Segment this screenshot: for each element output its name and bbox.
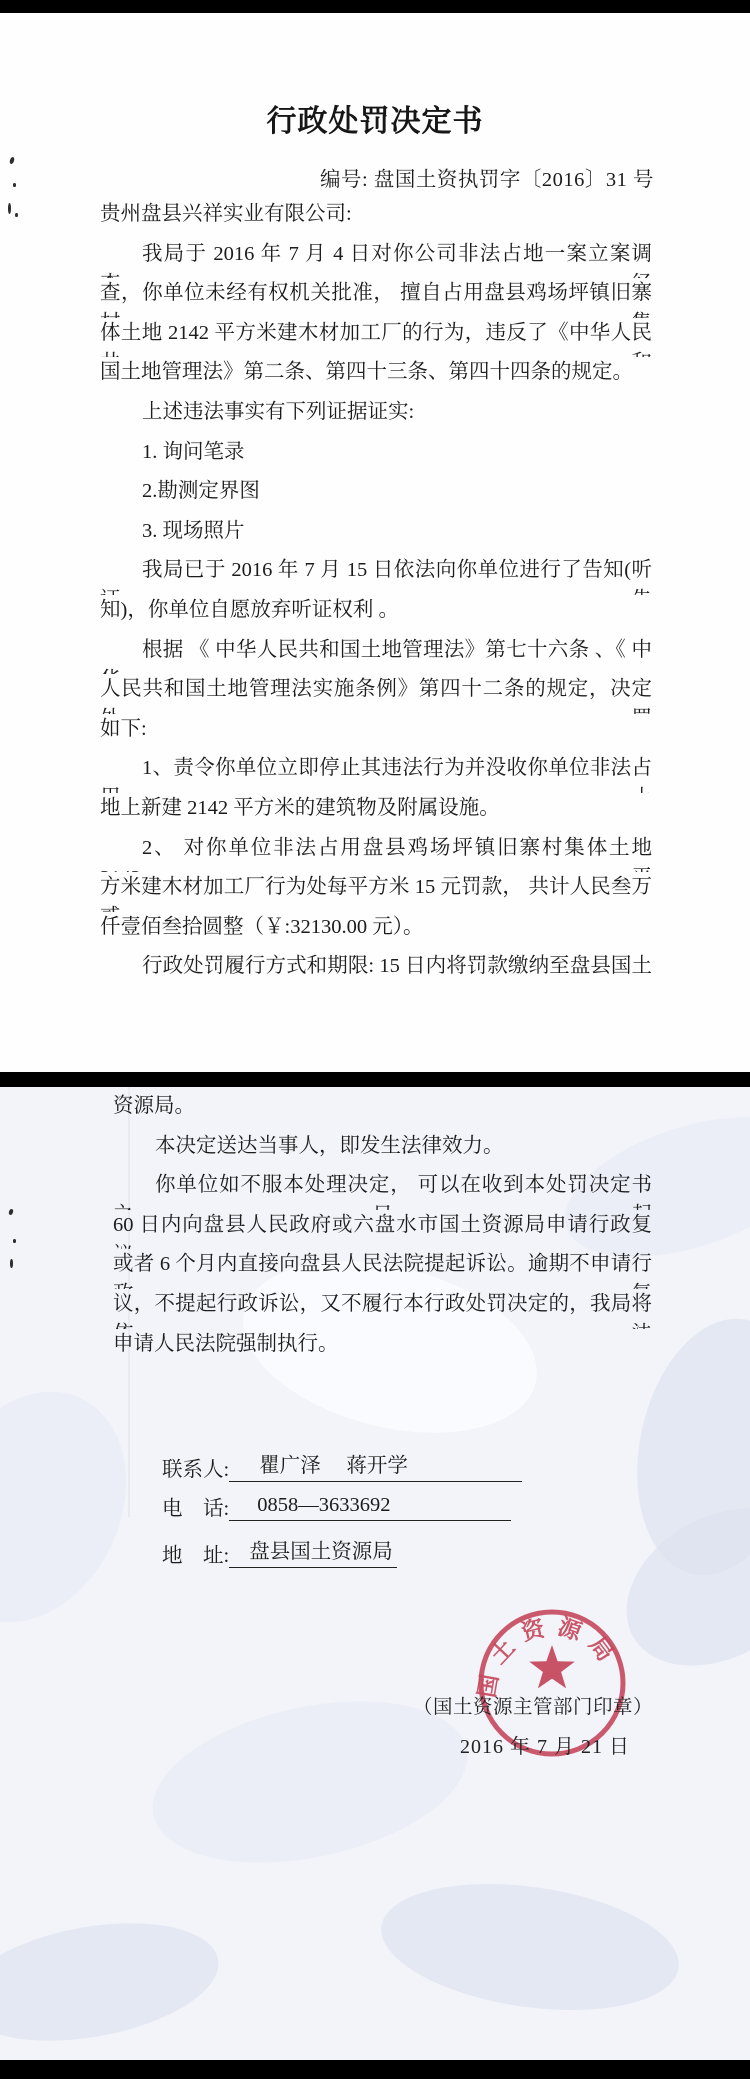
- evidence-item: 1. 询问笔录: [100, 437, 652, 477]
- scan-edge-band-top: [0, 0, 750, 13]
- text-line: 上述违法事实有下列证据证实:: [100, 397, 652, 437]
- text-line: 申请人民法院强制执行。: [113, 1329, 652, 1369]
- penalty-item: 1、责令你单位立即停止其违法行为并没收你单位非法占用土: [100, 753, 652, 793]
- evidence-item: 2.勘测定界图: [100, 476, 652, 516]
- page1-body-text: 贵州盘县兴祥实业有限公司: 我局于 2016 年 7 月 4 日对你公司非法占地…: [100, 199, 652, 991]
- text-line: 如下:: [100, 714, 652, 754]
- text-line: 贵州盘县兴祥实业有限公司:: [100, 199, 652, 239]
- scanned-document: { "colors": { "seal_red": "#c23a50", "pa…: [0, 0, 750, 2079]
- document-date: 2016 年 7 月 21 日: [460, 1730, 630, 1759]
- paper-crease: [373, 1867, 687, 2028]
- seal-caption: （国土资源主管部门印章）: [413, 1691, 653, 1719]
- phone-value: 0858—3633692: [229, 1494, 511, 1521]
- document-title: 行政处罚决定书: [0, 96, 750, 140]
- contact-row: 电 话:0858—3633692: [162, 1491, 522, 1517]
- text-line: 我局已于 2016 年 7 月 15 日依法向你单位进行了告知(听证告: [100, 555, 652, 595]
- seal-star-icon: [529, 1645, 575, 1688]
- text-line: 国土地管理法》第二条、第四十三条、第四十四条的规定。: [100, 357, 652, 397]
- scan-edge-band-bottom: [0, 2060, 750, 2079]
- text-line: 或者 6 个月内直接向盘县人民法院提起诉讼。逾期不申请行政复: [113, 1249, 652, 1289]
- contact-person-value: 瞿广泽 蒋开学: [229, 1448, 522, 1482]
- text-line: 根据 《 中华人民共和国土地管理法》第七十六条 、《 中华: [100, 635, 652, 675]
- paper-crease: [0, 1905, 228, 2058]
- scan-artifact: [9, 157, 15, 165]
- text-line: 60 日内向盘县人民政府或六盘水市国土资源局申请行政复议，: [113, 1210, 652, 1250]
- address-value: 盘县国土资源局: [229, 1534, 397, 1568]
- contact-row: 地 址:盘县国土资源局: [162, 1534, 522, 1560]
- text-line: 议，不提起行政诉讼，又不履行本行政处罚决定的，我局将依法: [113, 1289, 652, 1329]
- penalty-item: 2、 对你单位非法占用盘县鸡场坪镇旧寨村集体土地 2142 平: [100, 833, 652, 873]
- scan-artifact: [8, 1208, 14, 1215]
- evidence-item: 3. 现场照片: [100, 516, 652, 556]
- contact-person-label: 联系人:: [162, 1452, 229, 1482]
- text-line: 本决定送达当事人，即发生法律效力。: [113, 1131, 652, 1171]
- text-line: 人民共和国土地管理法实施条例》第四十二条的规定，决定处罚: [100, 674, 652, 714]
- text-line: 体土地 2142 平方米建木材加工厂的行为，违反了《中华人民共和: [100, 318, 652, 358]
- scan-artifact: [8, 203, 11, 214]
- text-line: 知)，你单位自愿放弃听证权利 。: [100, 595, 652, 635]
- scan-artifact: [15, 213, 18, 217]
- phone-label: 电 话:: [162, 1491, 229, 1521]
- text-line: 行政处罚履行方式和期限: 15 日内将罚款缴纳至盘县国土: [100, 951, 652, 991]
- penalty-item: 地上新建 2142 平方米的建筑物及附属设施。: [100, 793, 652, 833]
- text-line: 资源局。: [113, 1091, 652, 1131]
- contact-row: 联系人:瞿广泽 蒋开学: [162, 1448, 522, 1474]
- address-label: 地 址:: [162, 1538, 229, 1568]
- paper-crease: [0, 1360, 162, 1654]
- document-number: 编号: 盘国土资执罚字〔2016〕31 号: [320, 162, 654, 192]
- scan-artifact: [13, 1239, 16, 1243]
- scan-artifact: [10, 1259, 13, 1268]
- penalty-item: 方米建木材加工厂行为处每平方米 15 元罚款， 共计人民叁万贰: [100, 872, 652, 912]
- penalty-item: 仟壹佰叁拾圆整（￥:32130.00 元）。: [100, 912, 652, 952]
- page2-body-text: 资源局。 本决定送达当事人，即发生法律效力。 你单位如不服本处理决定， 可以在收…: [113, 1091, 652, 1368]
- text-line: 你单位如不服本处理决定， 可以在收到本处罚决定书之日起: [113, 1170, 652, 1210]
- scan-edge-band-middle: [0, 1072, 750, 1087]
- contact-block: 联系人:瞿广泽 蒋开学 电 话:0858—3633692 地 址:盘县国土资源局: [162, 1448, 522, 1577]
- text-line: 我局于 2016 年 7 月 4 日对你公司非法占地一案立案调查。经: [100, 239, 652, 279]
- scan-artifact: [13, 183, 16, 187]
- text-line: 查，你单位未经有权机关批准， 擅自占用盘县鸡场坪镇旧寨村集: [100, 278, 652, 318]
